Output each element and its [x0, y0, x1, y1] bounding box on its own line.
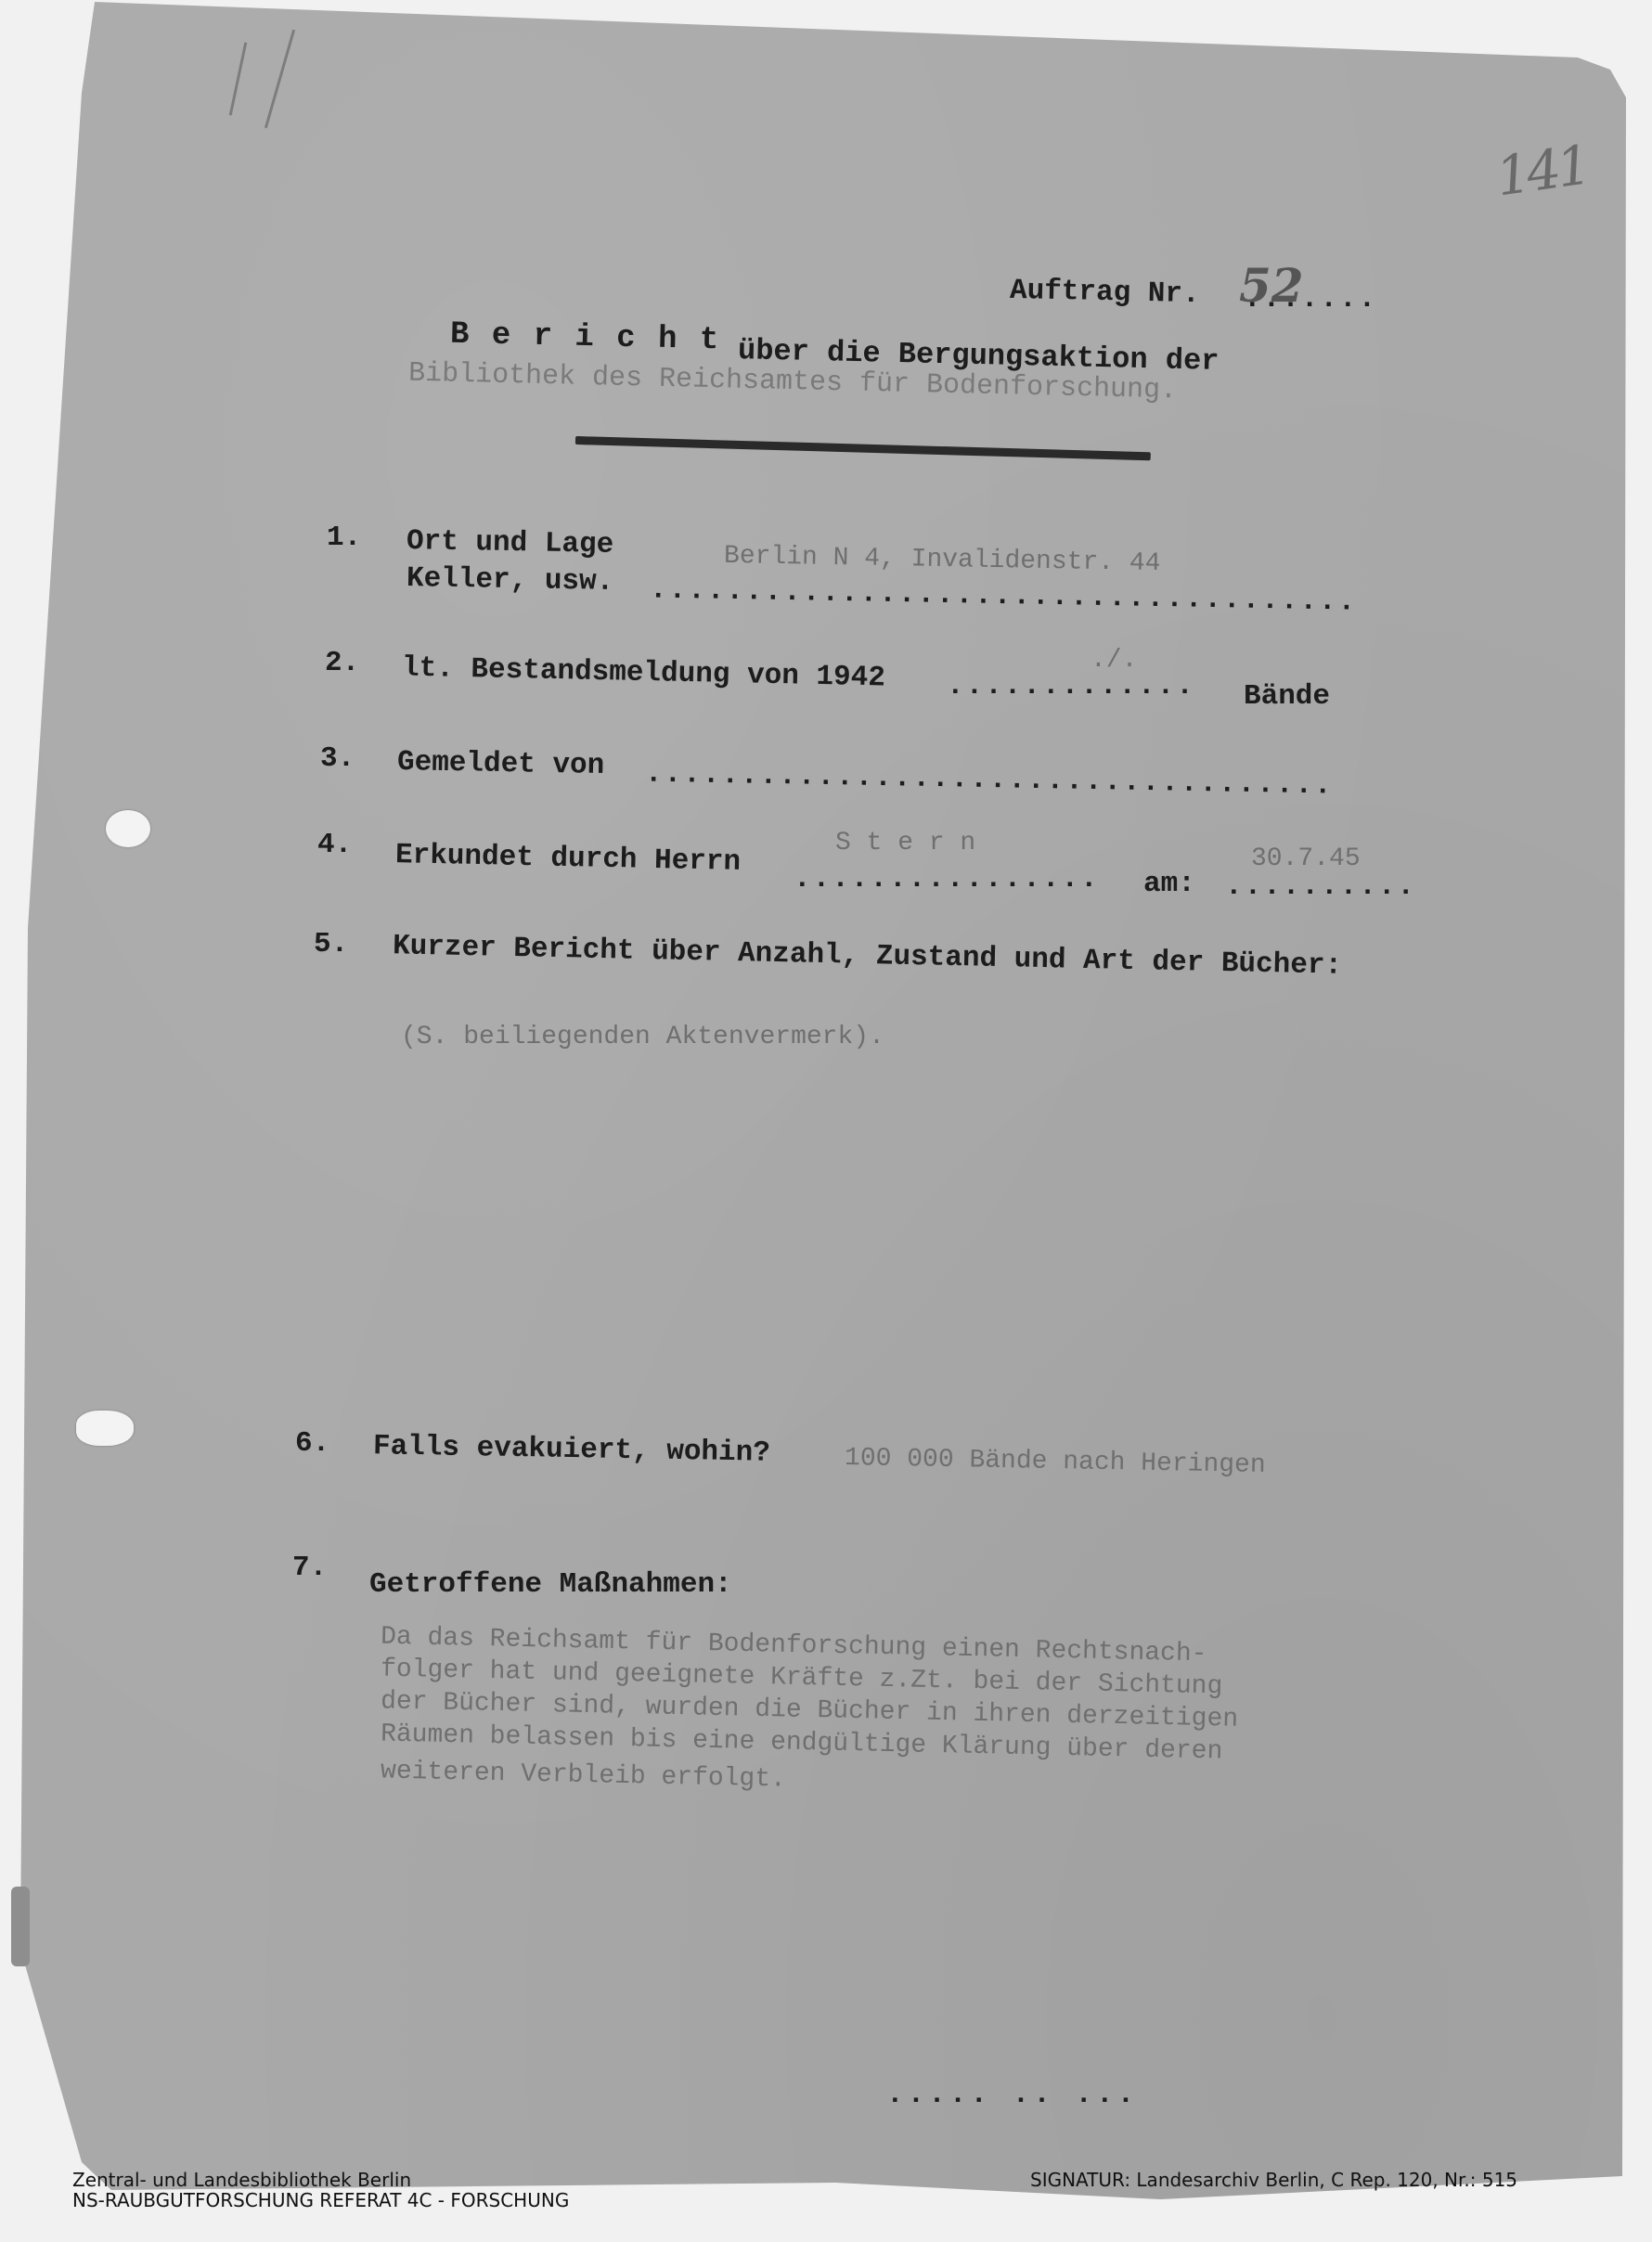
footer-left: Zentral- und Landesbibliothek Berlin NS-… — [72, 2170, 569, 2210]
item-3-label: Gemeldet von — [397, 746, 605, 782]
item-7-number: 7. — [292, 1552, 327, 1584]
item-2-suffix: Bände — [1244, 680, 1330, 713]
item-5-answer: (S. beiliegenden Aktenvermerk). — [401, 1023, 884, 1051]
item-4-number: 4. — [317, 829, 352, 861]
archive-page-number: 141 — [1492, 133, 1592, 208]
item-2-answer: ./. — [1091, 646, 1137, 675]
item-7-label: Getroffene Maßnahmen: — [369, 1568, 732, 1601]
item-4-date-label: am: — [1143, 868, 1195, 900]
punch-hole — [76, 1411, 134, 1446]
item-2-number: 2. — [325, 647, 359, 679]
item-3-number: 3. — [320, 742, 355, 775]
report-title-spaced: B e r i c h t — [450, 317, 721, 359]
item-4-date-value: 30.7.45 — [1251, 844, 1361, 873]
footer-department: NS-RAUBGUTFORSCHUNG REFERAT 4C - FORSCHU… — [72, 2190, 569, 2210]
item-1-label-line2: Keller, usw. — [407, 562, 614, 599]
punch-hole — [106, 810, 150, 847]
item-4-answer: S t e r n — [835, 829, 975, 857]
paper-scratch — [229, 43, 248, 116]
auftrag-dots: ....... — [1244, 283, 1377, 316]
item-2-dots: ............. — [947, 670, 1195, 702]
item-1-label-line1: Ort und Lage — [407, 525, 614, 561]
item-1-number: 1. — [327, 522, 361, 554]
paper-scratch — [265, 30, 295, 129]
item-6-number: 6. — [295, 1427, 329, 1460]
footer-signature: SIGNATUR: Landesarchiv Berlin, C Rep. 12… — [1030, 2170, 1517, 2190]
signature-dots: ..... .. ... — [886, 2079, 1138, 2111]
item-4-dots: ................ — [794, 863, 1100, 896]
item-6-label: Falls evakuiert, wohin? — [373, 1430, 770, 1469]
item-4-date-dots: .......... — [1225, 870, 1416, 903]
item-5-number: 5. — [314, 928, 348, 960]
paper-edge-mark — [11, 1887, 30, 1966]
footer-institution: Zentral- und Landesbibliothek Berlin — [72, 2170, 569, 2190]
auftrag-label: Auftrag Nr. — [1010, 275, 1200, 311]
